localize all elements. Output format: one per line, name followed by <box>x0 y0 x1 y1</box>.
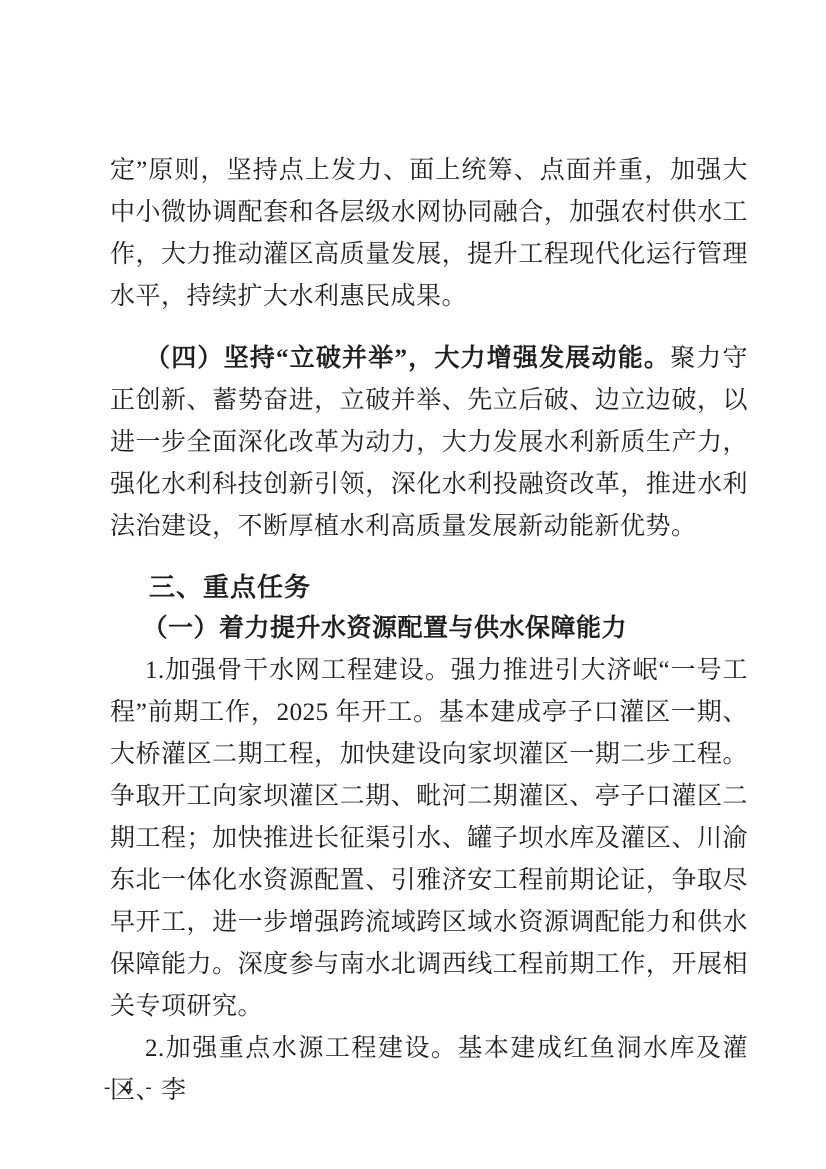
paragraph-point-four-rest: 聚力守正创新、蓄势奋进，立破并举、先立后破、边立边破，以进一步全面深化改革为动力… <box>110 345 748 540</box>
paragraph-item-1: 1.加强骨干水网工程建设。强力推进引大济岷“一号工程”前期工作，2025 年开工… <box>110 650 748 1028</box>
section-heading-key-tasks: 三、重点任务 <box>110 566 748 608</box>
page-number: - 4 - <box>104 1076 156 1100</box>
paragraph-item-2-partial: 2.加强重点水源工程建设。基本建成红鱼洞水库及灌区、李 <box>110 1028 748 1112</box>
paragraph-point-four-lead: （四）坚持“立破并举”，大力增强发展动能。 <box>145 345 670 372</box>
document-page: 定”原则，坚持点上发力、面上统筹、点面并重，加强大中小微协调配套和各层级水网协同… <box>0 0 826 1169</box>
document-content: 定”原则，坚持点上发力、面上统筹、点面并重，加强大中小微协调配套和各层级水网协同… <box>110 150 748 1112</box>
subsection-heading-water-supply: （一）着力提升水资源配置与供水保障能力 <box>110 608 748 650</box>
paragraph-carryover: 定”原则，坚持点上发力、面上统筹、点面并重，加强大中小微协调配套和各层级水网协同… <box>110 150 748 318</box>
paragraph-point-four: （四）坚持“立破并举”，大力增强发展动能。聚力守正创新、蓄势奋进，立破并举、先立… <box>110 338 748 548</box>
